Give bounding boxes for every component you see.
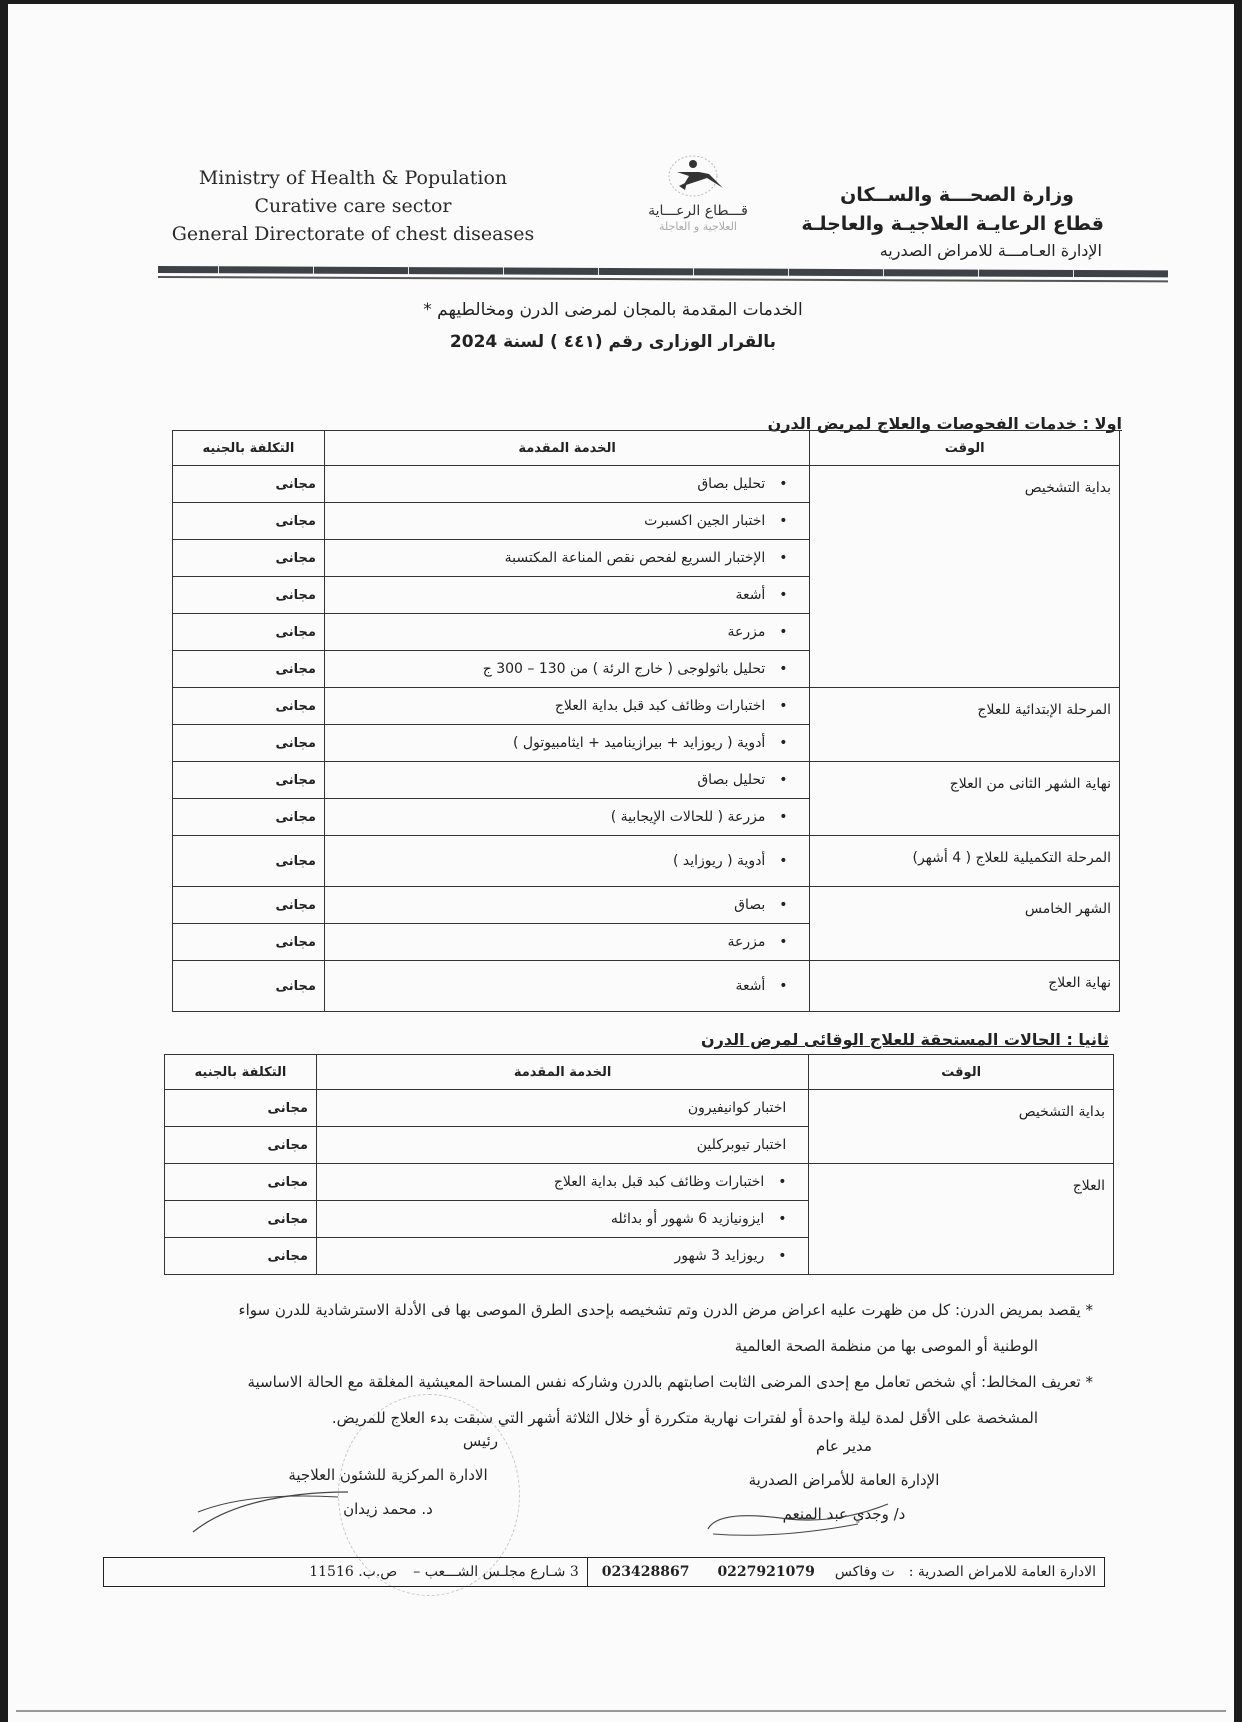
cost-cell: مجانى — [173, 466, 325, 503]
cost-cell: مجانى — [173, 503, 325, 540]
footer-address: 3 شـارع مجلـس الشـــعب – — [405, 1564, 587, 1580]
table-row: المرحلة التكميلية للعلاج ( 4 أشهر) أدوية… — [173, 836, 1120, 887]
cost-cell: مجانى — [173, 540, 325, 577]
logo-caption: قـــطاع الرعـــاية — [623, 202, 773, 220]
cost-cell: مجانى — [173, 924, 325, 961]
footer-phone-2: 023428867 — [588, 1564, 704, 1580]
service-item: أدوية ( ريوزايد + بيرازيناميد + ايثامبيو… — [513, 735, 801, 751]
cost-cell: مجانى — [173, 887, 325, 924]
service-item: اختبار الجين اكسبرت — [644, 513, 801, 529]
column-header-service: الخدمة المقدمة — [324, 431, 809, 466]
preventive-treatment-table: الوقت الخدمة المقدمة التكلفة بالجنيه بدا… — [164, 1054, 1114, 1275]
column-header-cost: التكلفة بالجنيه — [173, 431, 325, 466]
cost-cell: مجانى — [173, 651, 325, 688]
service-item: اختبار كوانيفيرون — [688, 1100, 800, 1116]
service-item: تحليل باثولوجى ( خارج الرئة ) من 130 – 3… — [483, 661, 802, 677]
table-header-row: الوقت الخدمة المقدمة التكلفة بالجنيه — [165, 1055, 1114, 1090]
cost-cell: مجانى — [173, 762, 325, 799]
table-row: نهاية الشهر الثانى من العلاج تحليل بصاق … — [173, 762, 1120, 799]
directorate-name-en: General Directorate of chest diseases — [168, 220, 538, 248]
cost-cell: مجانى — [173, 725, 325, 762]
time-cell: نهاية الشهر الثانى من العلاج — [810, 762, 1120, 836]
signature-scribble-right-icon — [698, 1494, 898, 1544]
sector-name-ar: قطاع الرعايـة العلاجيـة والعاجلـة — [774, 210, 1104, 238]
title-line-1: الخدمات المقدمة بالمجان لمرضى الدرن ومخا… — [388, 294, 838, 326]
service-item: مزرعة — [727, 934, 801, 950]
time-cell: نهاية العلاج — [810, 961, 1120, 1012]
table-row: بداية التشخيص اختبار كوانيفيرون مجانى — [165, 1090, 1114, 1127]
service-item: اختبارات وظائف كبد قبل بداية العلاج — [554, 1174, 801, 1190]
service-item: ريوزايد 3 شهور — [675, 1248, 801, 1264]
column-header-cost: التكلفة بالجنيه — [165, 1055, 317, 1090]
signatory-org: الإدارة العامة للأمراض الصدرية — [704, 1463, 984, 1497]
signature-scribble-left-icon — [188, 1472, 358, 1542]
footer-phone-label: ت وفاكس — [829, 1564, 901, 1580]
table-header-row: الوقت الخدمة المقدمة التكلفة بالجنيه — [173, 431, 1120, 466]
ministry-name-en: Ministry of Health & Population — [168, 164, 538, 192]
table-row: نهاية العلاج أشعة مجانى — [173, 961, 1120, 1012]
table-row: العلاج اختبارات وظائف كبد قبل بداية العل… — [165, 1164, 1114, 1201]
service-item: الإختبار السريع لفحص نقص المناعة المكتسب… — [505, 550, 802, 566]
service-item: أشعة — [735, 978, 801, 994]
title-line-2: بالقرار الوزارى رقم (٤٤١ ) لسنة 2024 — [388, 326, 838, 358]
footer-phone-1: 0227921079 — [703, 1564, 828, 1580]
footnotes: * يقصد بمريض الدرن: كل من ظهرت عليه اعرا… — [83, 1292, 1093, 1436]
signatory-title: رئيس — [238, 1424, 538, 1458]
scan-edge-line — [16, 1710, 1226, 1712]
column-header-time: الوقت — [810, 431, 1120, 466]
header-divider-thin — [158, 276, 1168, 282]
time-cell: بداية التشخيص — [809, 1090, 1114, 1164]
english-letterhead: Ministry of Health & Population Curative… — [168, 164, 538, 248]
table-row: بداية التشخيص تحليل بصاق مجانى — [173, 466, 1120, 503]
service-item: تحليل بصاق — [697, 772, 801, 788]
cost-cell: مجانى — [173, 614, 325, 651]
service-item: أدوية ( ريوزايد ) — [673, 853, 801, 869]
time-cell: المرحلة الإبتدائية للعلاج — [810, 688, 1120, 762]
curative-care-logo-icon — [663, 152, 733, 202]
ministry-name-ar: وزارة الصحـــة والســكان — [774, 180, 1104, 210]
time-cell: الشهر الخامس — [810, 887, 1120, 961]
cost-cell: مجانى — [173, 836, 325, 887]
contact-footer: الادارة العامة للامراض الصدرية : ت وفاكس… — [103, 1557, 1105, 1587]
cost-cell: مجانى — [165, 1164, 317, 1201]
note-contact-definition: * تعريف المخالط: أي شخص تعامل مع إحدى ال… — [83, 1364, 1093, 1400]
cost-cell: مجانى — [165, 1201, 317, 1238]
service-item: بصاق — [734, 897, 801, 913]
service-item: اختبارات وظائف كبد قبل بداية العلاج — [555, 698, 802, 714]
logo-subcaption: العلاجية و العاجلة — [623, 220, 773, 234]
service-item: تحليل بصاق — [697, 476, 801, 492]
time-cell: المرحلة التكميلية للعلاج ( 4 أشهر) — [810, 836, 1120, 887]
cost-cell: مجانى — [173, 799, 325, 836]
footer-separator — [587, 1558, 588, 1586]
cost-cell: مجانى — [165, 1238, 317, 1275]
table-row: الشهر الخامس بصاق مجانى — [173, 887, 1120, 924]
note-tb-patient-definition: * يقصد بمريض الدرن: كل من ظهرت عليه اعرا… — [83, 1292, 1093, 1328]
document-page: Ministry of Health & Population Curative… — [8, 4, 1234, 1722]
sector-logo: قـــطاع الرعـــاية العلاجية و العاجلة — [623, 152, 773, 252]
cost-cell: مجانى — [173, 688, 325, 725]
cost-cell: مجانى — [173, 961, 325, 1012]
cost-cell: مجانى — [173, 577, 325, 614]
service-item: ايزونيازيد 6 شهور أو بدائله — [611, 1211, 800, 1227]
service-item: مزرعة ( للحالات الإيجابية ) — [611, 809, 802, 825]
service-item: أشعة — [735, 587, 801, 603]
arabic-letterhead: وزارة الصحـــة والســكان قطاع الرعايـة ا… — [774, 180, 1104, 264]
time-cell: بداية التشخيص — [810, 466, 1120, 688]
directorate-name-ar: الإدارة العـامـــة للامراض الصدريه — [774, 238, 1104, 264]
sector-name-en: Curative care sector — [168, 192, 538, 220]
document-title: الخدمات المقدمة بالمجان لمرضى الدرن ومخا… — [388, 294, 838, 358]
cost-cell: مجانى — [165, 1127, 317, 1164]
column-header-service: الخدمة المقدمة — [316, 1055, 808, 1090]
footer-po-box: ص.ب. 11516 — [301, 1564, 405, 1580]
service-item: اختبار تيوبركلين — [697, 1137, 801, 1153]
table-row: المرحلة الإبتدائية للعلاج اختبارات وظائف… — [173, 688, 1120, 725]
column-header-time: الوقت — [809, 1055, 1114, 1090]
note-tb-patient-definition-cont: الوطنية أو الموصى بها من منظمة الصحة الع… — [83, 1328, 1093, 1364]
tb-services-table: الوقت الخدمة المقدمة التكلفة بالجنيه بدا… — [172, 430, 1120, 1012]
service-item: مزرعة — [727, 624, 801, 640]
time-cell: العلاج — [809, 1164, 1114, 1275]
section-2-heading: ثانيا : الحالات المستحقة للعلاج الوقائى … — [701, 1030, 1109, 1049]
footer-org-label: الادارة العامة للامراض الصدرية : — [901, 1564, 1104, 1580]
signatory-title: مدير عام — [704, 1429, 984, 1463]
cost-cell: مجانى — [165, 1090, 317, 1127]
